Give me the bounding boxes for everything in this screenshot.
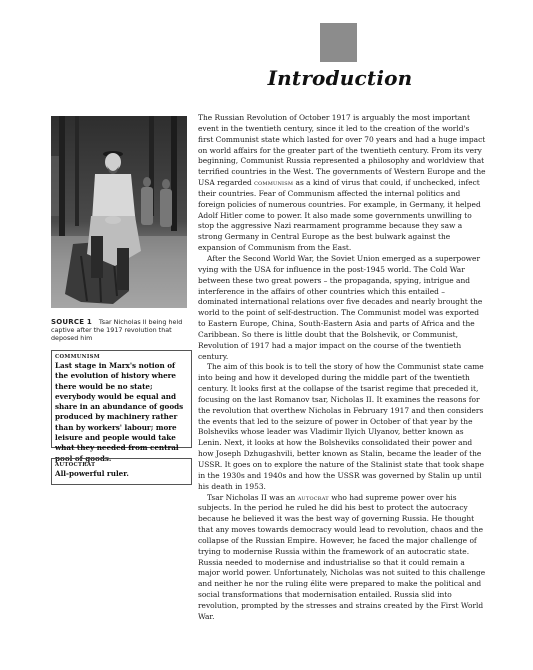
glossary-term: AUTOCTRAT xyxy=(55,462,188,469)
glossary-definition: All-powerful ruler. xyxy=(55,469,188,479)
source-caption: SOURCE 1Tsar Nicholas II being held capt… xyxy=(51,318,191,343)
paragraph-text: The Russian Revolution of October 1917 i… xyxy=(198,113,486,187)
paragraph-text: Tsar Nicholas II was an xyxy=(207,493,298,502)
paragraph-text: who had supreme power over his subjects.… xyxy=(198,493,485,621)
glossary-term-link-autocrat[interactable]: autocrat xyxy=(298,493,329,502)
paragraph-3: The aim of this book is to tell the stor… xyxy=(198,362,487,492)
glossary-box-communism: COMMUNISM Last stage in Marx's notion of… xyxy=(51,350,192,448)
glossary-box-autocrat: AUTOCTRAT All-powerful ruler. xyxy=(51,458,192,485)
glossary-definition: Last stage in Marx's notion of the evolu… xyxy=(55,361,188,464)
paragraph-4: Tsar Nicholas II was an autocrat who had… xyxy=(198,493,487,623)
tsar-nicholas-photo-icon xyxy=(51,116,187,308)
page-title: Introduction xyxy=(260,66,420,90)
paragraph-1: The Russian Revolution of October 1917 i… xyxy=(198,113,487,254)
glossary-term: COMMUNISM xyxy=(55,354,188,361)
body-text: The Russian Revolution of October 1917 i… xyxy=(198,113,487,623)
glossary-term-link-communism[interactable]: communism xyxy=(254,178,293,187)
source-photo xyxy=(51,116,187,308)
source-label: SOURCE 1 xyxy=(51,318,92,326)
paragraph-text: as a kind of virus that could, if unchec… xyxy=(198,178,481,252)
paragraph-2: After the Second World War, the Soviet U… xyxy=(198,254,487,362)
chapter-marker-square xyxy=(320,23,357,62)
